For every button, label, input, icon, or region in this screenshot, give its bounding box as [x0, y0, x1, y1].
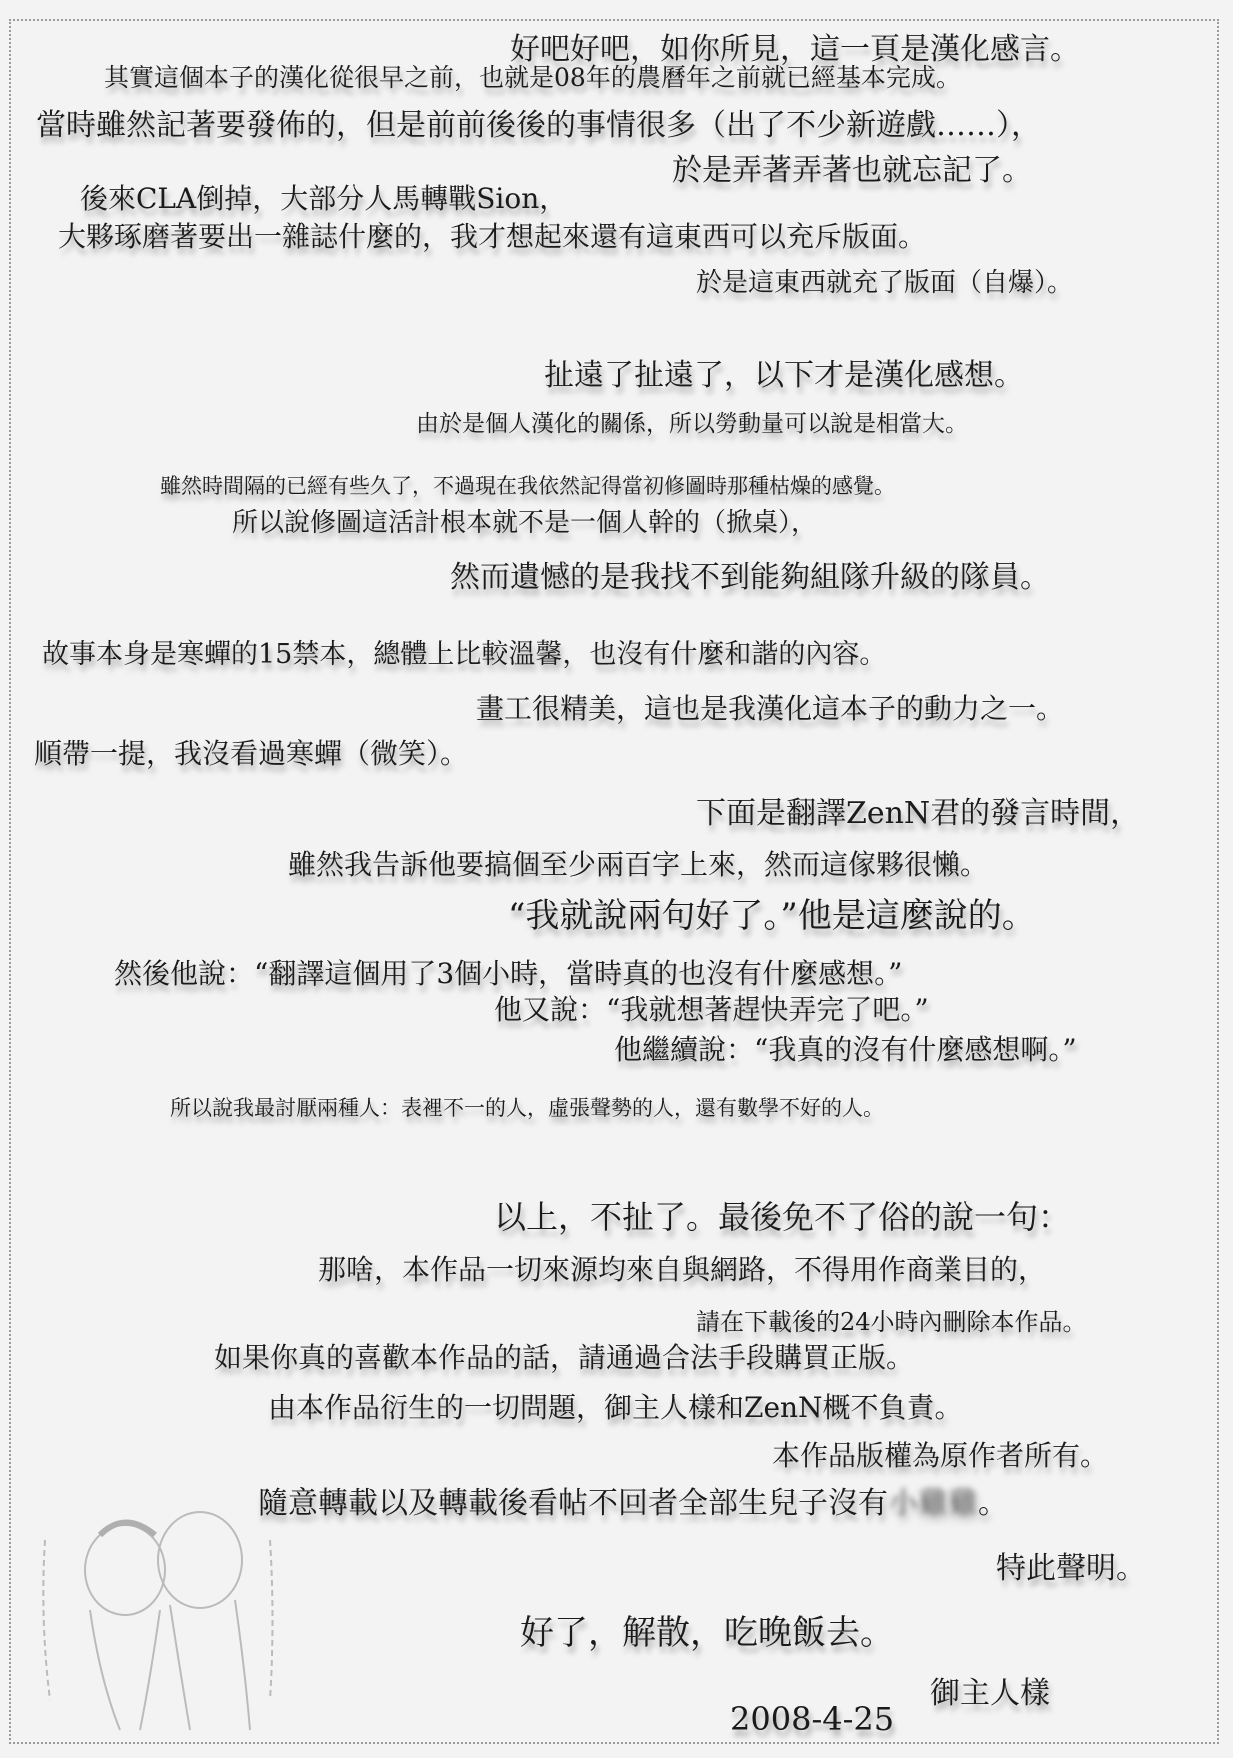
line-text: 扯遠了扯遠了，以下才是漢化感想。	[544, 358, 1024, 393]
text-line: 好了，解散，吃晚飯去。	[520, 1605, 894, 1654]
text-line: 他繼續說：“我真的沒有什麼感想啊。”	[614, 1028, 1077, 1068]
line-text: 然後他說：“翻譯這個用了3個小時，當時真的也沒有什麼感想。”	[114, 957, 902, 990]
text-line: 下面是翻譯ZenN君的發言時間，	[696, 788, 1140, 832]
text-line: 由本作品衍生的一切問題，御主人樣和ZenN概不負責。	[268, 1386, 963, 1426]
line-text: 那啥，本作品一切來源均來自與網路，不得用作商業目的，	[318, 1253, 1046, 1286]
line-text: 御主人樣	[930, 1676, 1050, 1711]
line-text: 隨意轉載以及轉載後看帖不回者全部生兒子沒有	[258, 1486, 888, 1521]
line-text: 特此聲明。	[996, 1551, 1146, 1586]
text-line: 後來CLA倒掉，大部分人馬轉戰Sion，	[80, 177, 567, 217]
text-line: 大夥琢磨著要出一雜誌什麼的，我才想起來還有這東西可以充斥版面。	[58, 215, 926, 255]
text-line: 請在下載後的24小時內刪除本作品。	[696, 1302, 1087, 1337]
line-text: 故事本身是寒蟬的15禁本，總體上比較溫馨，也沒有什麼和諧的內容。	[42, 639, 886, 670]
line-text: 好了，解散，吃晚飯去。	[520, 1613, 894, 1653]
line-text: 本作品版權為原作者所有。	[772, 1439, 1108, 1472]
text-line: 其實這個本子的漢化從很早之前，也就是08年的農曆年之前就已經基本完成。	[104, 58, 961, 94]
text-line: 以上，不扯了。最後免不了俗的說一句：	[494, 1192, 1070, 1238]
line-text: 下面是翻譯ZenN君的發言時間，	[696, 796, 1140, 831]
line-text: 2008-4-25	[730, 1700, 894, 1738]
line-text: 後來CLA倒掉，大部分人馬轉戰Sion，	[80, 182, 567, 215]
text-line: 於是弄著弄著也就忘記了。	[672, 145, 1032, 189]
line-text: 畫工很精美，這也是我漢化這本子的動力之一。	[476, 692, 1064, 725]
text-line: 然而遺憾的是我找不到能夠組隊升級的隊員。	[450, 552, 1050, 596]
line-text: “我就說兩句好了。”他是這麼說的。	[508, 896, 1036, 936]
text-line: 本作品版權為原作者所有。	[772, 1434, 1108, 1474]
text-line: 扯遠了扯遠了，以下才是漢化感想。	[544, 350, 1024, 394]
line-text: 雖然我告訴他要搞個至少兩百字上來，然而這傢夥很懶。	[288, 848, 988, 881]
text-line: 於是這東西就充了版面（自爆）。	[696, 262, 1073, 299]
text-line: 特此聲明。	[996, 1543, 1146, 1587]
text-line: 雖然時間隔的已經有些久了，不過現在我依然記得當初修圖時那種枯燥的感覺。	[160, 470, 895, 500]
line-text: 順帶一提，我沒看過寒蟬（微笑）。	[34, 737, 468, 770]
line-text: 以上，不扯了。最後免不了俗的說一句：	[494, 1198, 1070, 1236]
line-suffix: 。	[978, 1486, 1008, 1521]
line-text: 雖然時間隔的已經有些久了，不過現在我依然記得當初修圖時那種枯燥的感覺。	[160, 474, 895, 498]
text-line: 故事本身是寒蟬的15禁本，總體上比較溫馨，也沒有什麼和諧的內容。	[42, 632, 886, 671]
text-line: 2008-4-25	[730, 1700, 894, 1738]
text-line: 隨意轉載以及轉載後看帖不回者全部生兒子沒有小雞雞。	[258, 1478, 1008, 1522]
line-text: 其實這個本子的漢化從很早之前，也就是08年的農曆年之前就已經基本完成。	[104, 63, 961, 92]
censored-text: 小雞雞	[888, 1486, 978, 1521]
anime-illustration-icon	[30, 1500, 300, 1740]
text-line: 所以說修圖這活計根本就不是一個人幹的（掀桌），	[232, 502, 817, 539]
text-line: 順帶一提，我沒看過寒蟬（微笑）。	[34, 732, 468, 772]
line-text: 於是弄著弄著也就忘記了。	[672, 153, 1032, 188]
line-text: 由於是個人漢化的關係，所以勞動量可以說是相當大。	[416, 411, 968, 437]
text-line: 他又說：“我就想著趕快弄完了吧。”	[494, 988, 929, 1028]
text-line: 御主人樣	[930, 1668, 1050, 1712]
text-line: 畫工很精美，這也是我漢化這本子的動力之一。	[476, 687, 1064, 727]
line-text: 所以說修圖這活計根本就不是一個人幹的（掀桌），	[232, 508, 817, 538]
text-line: 所以說我最討厭兩種人：表裡不一的人，虛張聲勢的人，還有數學不好的人。	[170, 1092, 884, 1122]
line-text: 由本作品衍生的一切問題，御主人樣和ZenN概不負責。	[268, 1391, 963, 1424]
text-line: 雖然我告訴他要搞個至少兩百字上來，然而這傢夥很懶。	[288, 843, 988, 883]
line-text: 他繼續說：“我真的沒有什麼感想啊。”	[614, 1033, 1077, 1066]
text-line: 那啥，本作品一切來源均來自與網路，不得用作商業目的，	[318, 1248, 1046, 1288]
line-text: 於是這東西就充了版面（自爆）。	[696, 268, 1073, 298]
text-line: 如果你真的喜歡本作品的話，請通過合法手段購買正版。	[214, 1336, 914, 1376]
text-line: 然後他說：“翻譯這個用了3個小時，當時真的也沒有什麼感想。”	[114, 952, 902, 992]
text-line: 由於是個人漢化的關係，所以勞動量可以說是相當大。	[416, 405, 968, 438]
line-text: 如果你真的喜歡本作品的話，請通過合法手段購買正版。	[214, 1341, 914, 1374]
line-text: 然而遺憾的是我找不到能夠組隊升級的隊員。	[450, 560, 1050, 595]
line-text: 請在下載後的24小時內刪除本作品。	[696, 1308, 1087, 1336]
line-text: 當時雖然記著要發佈的，但是前前後後的事情很多（出了不少新遊戲……），	[36, 108, 1041, 143]
text-line: “我就說兩句好了。”他是這麼說的。	[508, 888, 1036, 937]
text-line: 當時雖然記著要發佈的，但是前前後後的事情很多（出了不少新遊戲……），	[36, 100, 1041, 144]
line-text: 所以說我最討厭兩種人：表裡不一的人，虛張聲勢的人，還有數學不好的人。	[170, 1096, 884, 1120]
line-text: 大夥琢磨著要出一雜誌什麼的，我才想起來還有這東西可以充斥版面。	[58, 220, 926, 253]
line-text: 他又說：“我就想著趕快弄完了吧。”	[494, 993, 929, 1026]
